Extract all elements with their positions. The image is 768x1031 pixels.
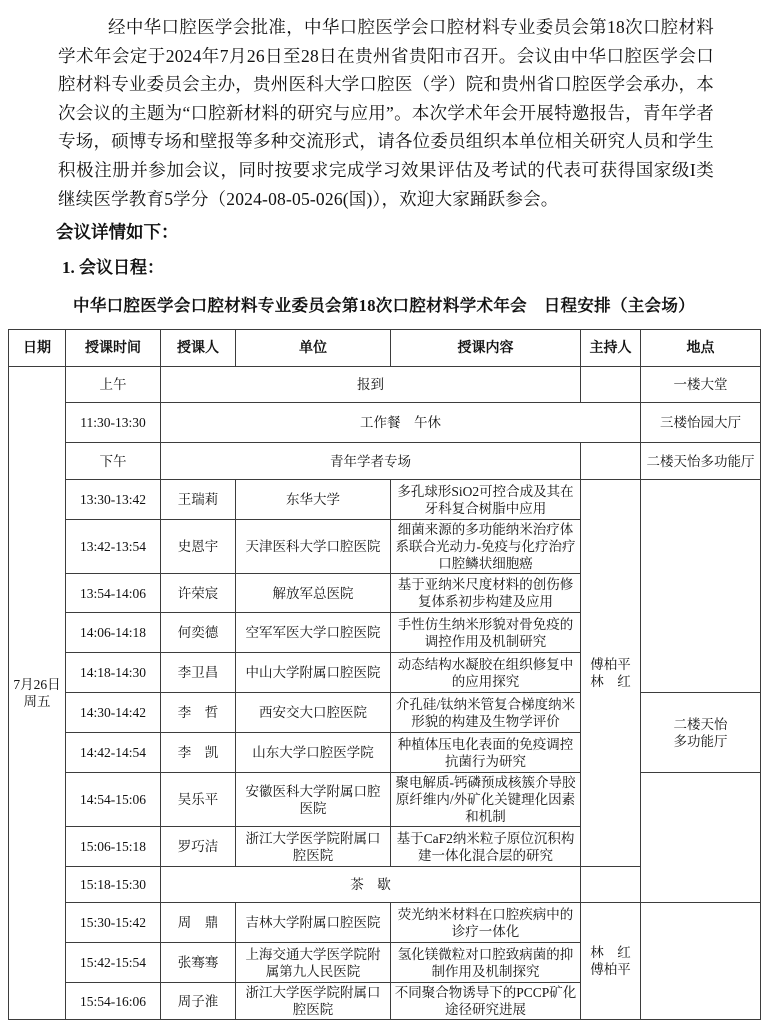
cell-location: 三楼怡园大厅 — [641, 403, 761, 443]
cell-content: 氢化镁微粒对口腔致病菌的抑制作用及机制探究 — [391, 943, 581, 983]
header-time: 授课时间 — [66, 330, 161, 367]
cell-event-label: 工作餐 午休 — [161, 403, 641, 443]
cell-speaker: 罗巧洁 — [161, 827, 236, 867]
cell-moderator-empty — [581, 443, 641, 480]
cell-time: 13:30-13:42 — [66, 480, 161, 520]
cell-moderator-empty — [581, 867, 641, 903]
cell-speaker: 李卫昌 — [161, 653, 236, 693]
cell-speaker: 张骞骞 — [161, 943, 236, 983]
cell-unit: 浙江大学医学院附属口腔医院 — [236, 827, 391, 867]
cell-unit: 吉林大学附属口腔医院 — [236, 903, 391, 943]
table-header-row: 日期 授课时间 授课人 单位 授课内容 主持人 地点 — [9, 330, 761, 367]
cell-content: 基于CaF2纳米粒子原位沉积构建一体化混合层的研究 — [391, 827, 581, 867]
cell-time: 14:54-15:06 — [66, 773, 161, 827]
moderator-line1: 林 红 — [584, 944, 637, 961]
schedule-table-title: 中华口腔医学会口腔材料专业委员会第18次口腔材料学术年会 日程安排（主会场） — [0, 292, 768, 316]
moderator-line2: 林 红 — [584, 673, 637, 690]
cell-time: 15:06-15:18 — [66, 827, 161, 867]
cell-speaker: 李 哲 — [161, 693, 236, 733]
cell-speaker: 周子淮 — [161, 983, 236, 1020]
details-heading: 会议详情如下： — [56, 218, 768, 246]
cell-unit: 东华大学 — [236, 480, 391, 520]
cell-time: 15:42-15:54 — [66, 943, 161, 983]
cell-unit: 浙江大学医学院附属口腔医院 — [236, 983, 391, 1020]
cell-unit: 中山大学附属口腔医院 — [236, 653, 391, 693]
cell-content: 荧光纳米材料在口腔疾病中的诊疗一体化 — [391, 903, 581, 943]
date-cell: 7月26日 周五 — [9, 367, 66, 1020]
header-location: 地点 — [641, 330, 761, 367]
cell-unit: 解放军总医院 — [236, 574, 391, 613]
talk-row: 15:30-15:42 周 鼎 吉林大学附属口腔医院 荧光纳米材料在口腔疾病中的… — [9, 903, 761, 943]
cell-time: 上午 — [66, 367, 161, 403]
cell-content: 介孔硅/钛纳米管复合梯度纳米形貌的构建及生物学评价 — [391, 693, 581, 733]
cell-time: 14:06-14:18 — [66, 613, 161, 653]
location-cell-empty — [641, 773, 761, 903]
cell-unit: 空军军医大学口腔医院 — [236, 613, 391, 653]
schedule-table: 日期 授课时间 授课人 单位 授课内容 主持人 地点 7月26日 周五 上午 报… — [8, 329, 761, 1020]
document-page: 经中华口腔医学会批准，中华口腔医学会口腔材料专业委员会第18次口腔材料学术年会定… — [0, 0, 768, 1020]
talk-row: 14:54-15:06 吴乐平 安徽医科大学附属口腔医院 聚电解质-钙磷预成核簇… — [9, 773, 761, 827]
cell-location: 二楼天怡多功能厅 — [641, 443, 761, 480]
cell-time: 13:42-13:54 — [66, 520, 161, 574]
intro-paragraph: 经中华口腔医学会批准，中华口腔医学会口腔材料专业委员会第18次口腔材料学术年会定… — [58, 13, 714, 213]
header-date: 日期 — [9, 330, 66, 367]
location-cell-mid: 二楼天怡 多功能厅 — [641, 693, 761, 773]
cell-time: 15:30-15:42 — [66, 903, 161, 943]
section-1-heading: 1. 会议日程： — [62, 254, 768, 282]
row-lunch: 11:30-13:30 工作餐 午休 三楼怡园大厅 — [9, 403, 761, 443]
cell-unit: 上海交通大学医学院附属第九人民医院 — [236, 943, 391, 983]
moderator-cell-block1: 傅柏平 林 红 — [581, 480, 641, 867]
cell-content: 种植体压电化表面的免疫调控抗菌行为研究 — [391, 733, 581, 773]
cell-time: 14:30-14:42 — [66, 693, 161, 733]
talk-row: 14:30-14:42 李 哲 西安交大口腔医院 介孔硅/钛纳米管复合梯度纳米形… — [9, 693, 761, 733]
cell-time: 15:18-15:30 — [66, 867, 161, 903]
cell-speaker: 史恩宇 — [161, 520, 236, 574]
cell-time: 15:54-16:06 — [66, 983, 161, 1020]
cell-time: 14:18-14:30 — [66, 653, 161, 693]
cell-time: 13:54-14:06 — [66, 574, 161, 613]
cell-unit: 安徽医科大学附属口腔医院 — [236, 773, 391, 827]
cell-location: 一楼大堂 — [641, 367, 761, 403]
cell-speaker: 李 凯 — [161, 733, 236, 773]
cell-time: 14:42-14:54 — [66, 733, 161, 773]
header-content: 授课内容 — [391, 330, 581, 367]
cell-speaker: 吴乐平 — [161, 773, 236, 827]
cell-unit: 天津医科大学口腔医院 — [236, 520, 391, 574]
header-unit: 单位 — [236, 330, 391, 367]
moderator-cell-block2: 林 红 傅柏平 — [581, 903, 641, 1020]
cell-speaker: 王瑞莉 — [161, 480, 236, 520]
cell-content: 动态结构水凝胶在组织修复中的应用探究 — [391, 653, 581, 693]
talk-row: 13:30-13:42 王瑞莉 东华大学 多孔球形SiO2可控合成及其在牙科复合… — [9, 480, 761, 520]
cell-event-label: 青年学者专场 — [161, 443, 581, 480]
cell-unit: 山东大学口腔医学院 — [236, 733, 391, 773]
header-speaker: 授课人 — [161, 330, 236, 367]
cell-content: 手性仿生纳米形貌对骨免疫的调控作用及机制研究 — [391, 613, 581, 653]
cell-speaker: 周 鼎 — [161, 903, 236, 943]
date-line1: 7月26日 — [12, 676, 62, 693]
cell-unit: 西安交大口腔医院 — [236, 693, 391, 733]
row-registration: 7月26日 周五 上午 报到 一楼大堂 — [9, 367, 761, 403]
cell-event-label: 茶 歇 — [161, 867, 581, 903]
cell-content: 细菌来源的多功能纳米治疗体系联合光动力-免疫与化疗治疗口腔鳞状细胞癌 — [391, 520, 581, 574]
cell-content: 聚电解质-钙磷预成核簇介导胶原纤维内/外矿化关键理化因素和机制 — [391, 773, 581, 827]
location-cell-empty — [641, 480, 761, 693]
cell-time: 11:30-13:30 — [66, 403, 161, 443]
cell-event-label: 报到 — [161, 367, 581, 403]
location-line2: 多功能厅 — [644, 733, 757, 750]
location-line1: 二楼天怡 — [644, 716, 757, 733]
cell-content: 不同聚合物诱导下的PCCP矿化途径研究进展 — [391, 983, 581, 1020]
cell-speaker: 何奕德 — [161, 613, 236, 653]
location-cell-empty — [641, 903, 761, 1020]
date-line2: 周五 — [12, 693, 62, 710]
cell-content: 多孔球形SiO2可控合成及其在牙科复合树脂中应用 — [391, 480, 581, 520]
cell-speaker: 许荣宸 — [161, 574, 236, 613]
row-youth-session: 下午 青年学者专场 二楼天怡多功能厅 — [9, 443, 761, 480]
cell-moderator-empty — [581, 367, 641, 403]
moderator-line2: 傅柏平 — [584, 961, 637, 978]
moderator-line1: 傅柏平 — [584, 656, 637, 673]
header-moderator: 主持人 — [581, 330, 641, 367]
cell-content: 基于亚纳米尺度材料的创伤修复体系初步构建及应用 — [391, 574, 581, 613]
cell-time: 下午 — [66, 443, 161, 480]
